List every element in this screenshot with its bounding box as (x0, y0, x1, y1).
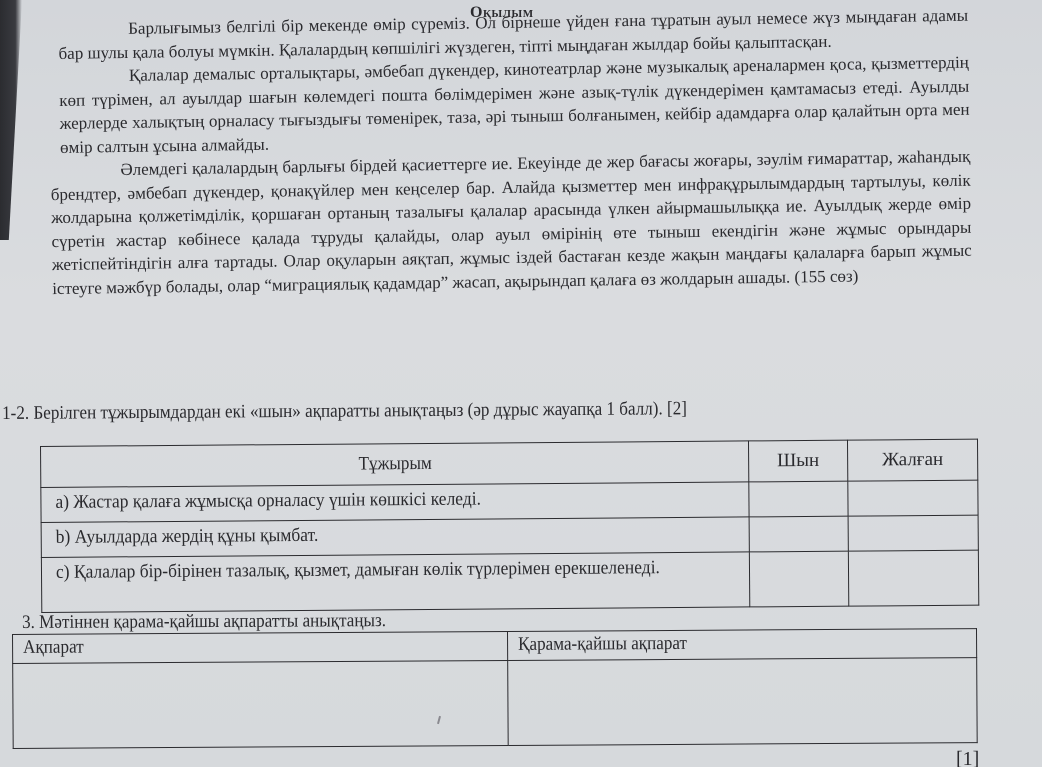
header-contradiction: Қарама-қайшы ақпарат (507, 629, 976, 661)
passage-paragraph: Қалалар демалыс орталықтары, әмбебап дүк… (59, 51, 970, 159)
answer-box-b-true[interactable] (749, 516, 848, 552)
answer-box-c-false[interactable] (848, 550, 978, 606)
statement-c: c) Қалалар бір-бірінен тазалық, қызмет, … (41, 552, 749, 613)
question-3-prompt: 3. Мәтіннен қарама-қайшы ақпаратты анықт… (22, 610, 386, 634)
answer-box-b-false[interactable] (848, 515, 978, 551)
answer-box-c-true[interactable] (749, 551, 848, 607)
statement-a: a) Жастар қалаға жұмысқа орналасу үшін к… (41, 482, 749, 523)
statement-b: b) Ауылдарда жердің құны қымбат. (41, 517, 749, 558)
answer-contradiction-field[interactable] (508, 658, 978, 746)
table-row (13, 658, 978, 749)
header-true: Шын (748, 440, 847, 482)
header-false: Жалған (847, 439, 977, 481)
answer-box-a-true[interactable] (749, 481, 848, 517)
reading-passage: Барлығымыз белгілі бір мекенде өмір сүре… (58, 4, 972, 300)
passage-paragraph: Әлемдегі қалалардың барлығы бірдей қасие… (50, 145, 972, 300)
answer-box-a-false[interactable] (848, 480, 978, 516)
true-false-table: Тұжырым Шын Жалған a) Жастар қалаға жұмы… (40, 439, 979, 613)
score-label: [1] (956, 748, 979, 767)
header-statement: Тұжырым (76, 441, 714, 487)
contradiction-table: Ақпарат Қарама-қайшы ақпарат (12, 628, 978, 749)
answer-info-field[interactable] (13, 660, 509, 748)
header-info: Ақпарат (13, 631, 508, 663)
table-row: c) Қалалар бір-бірінен тазалық, қызмет, … (41, 550, 978, 612)
